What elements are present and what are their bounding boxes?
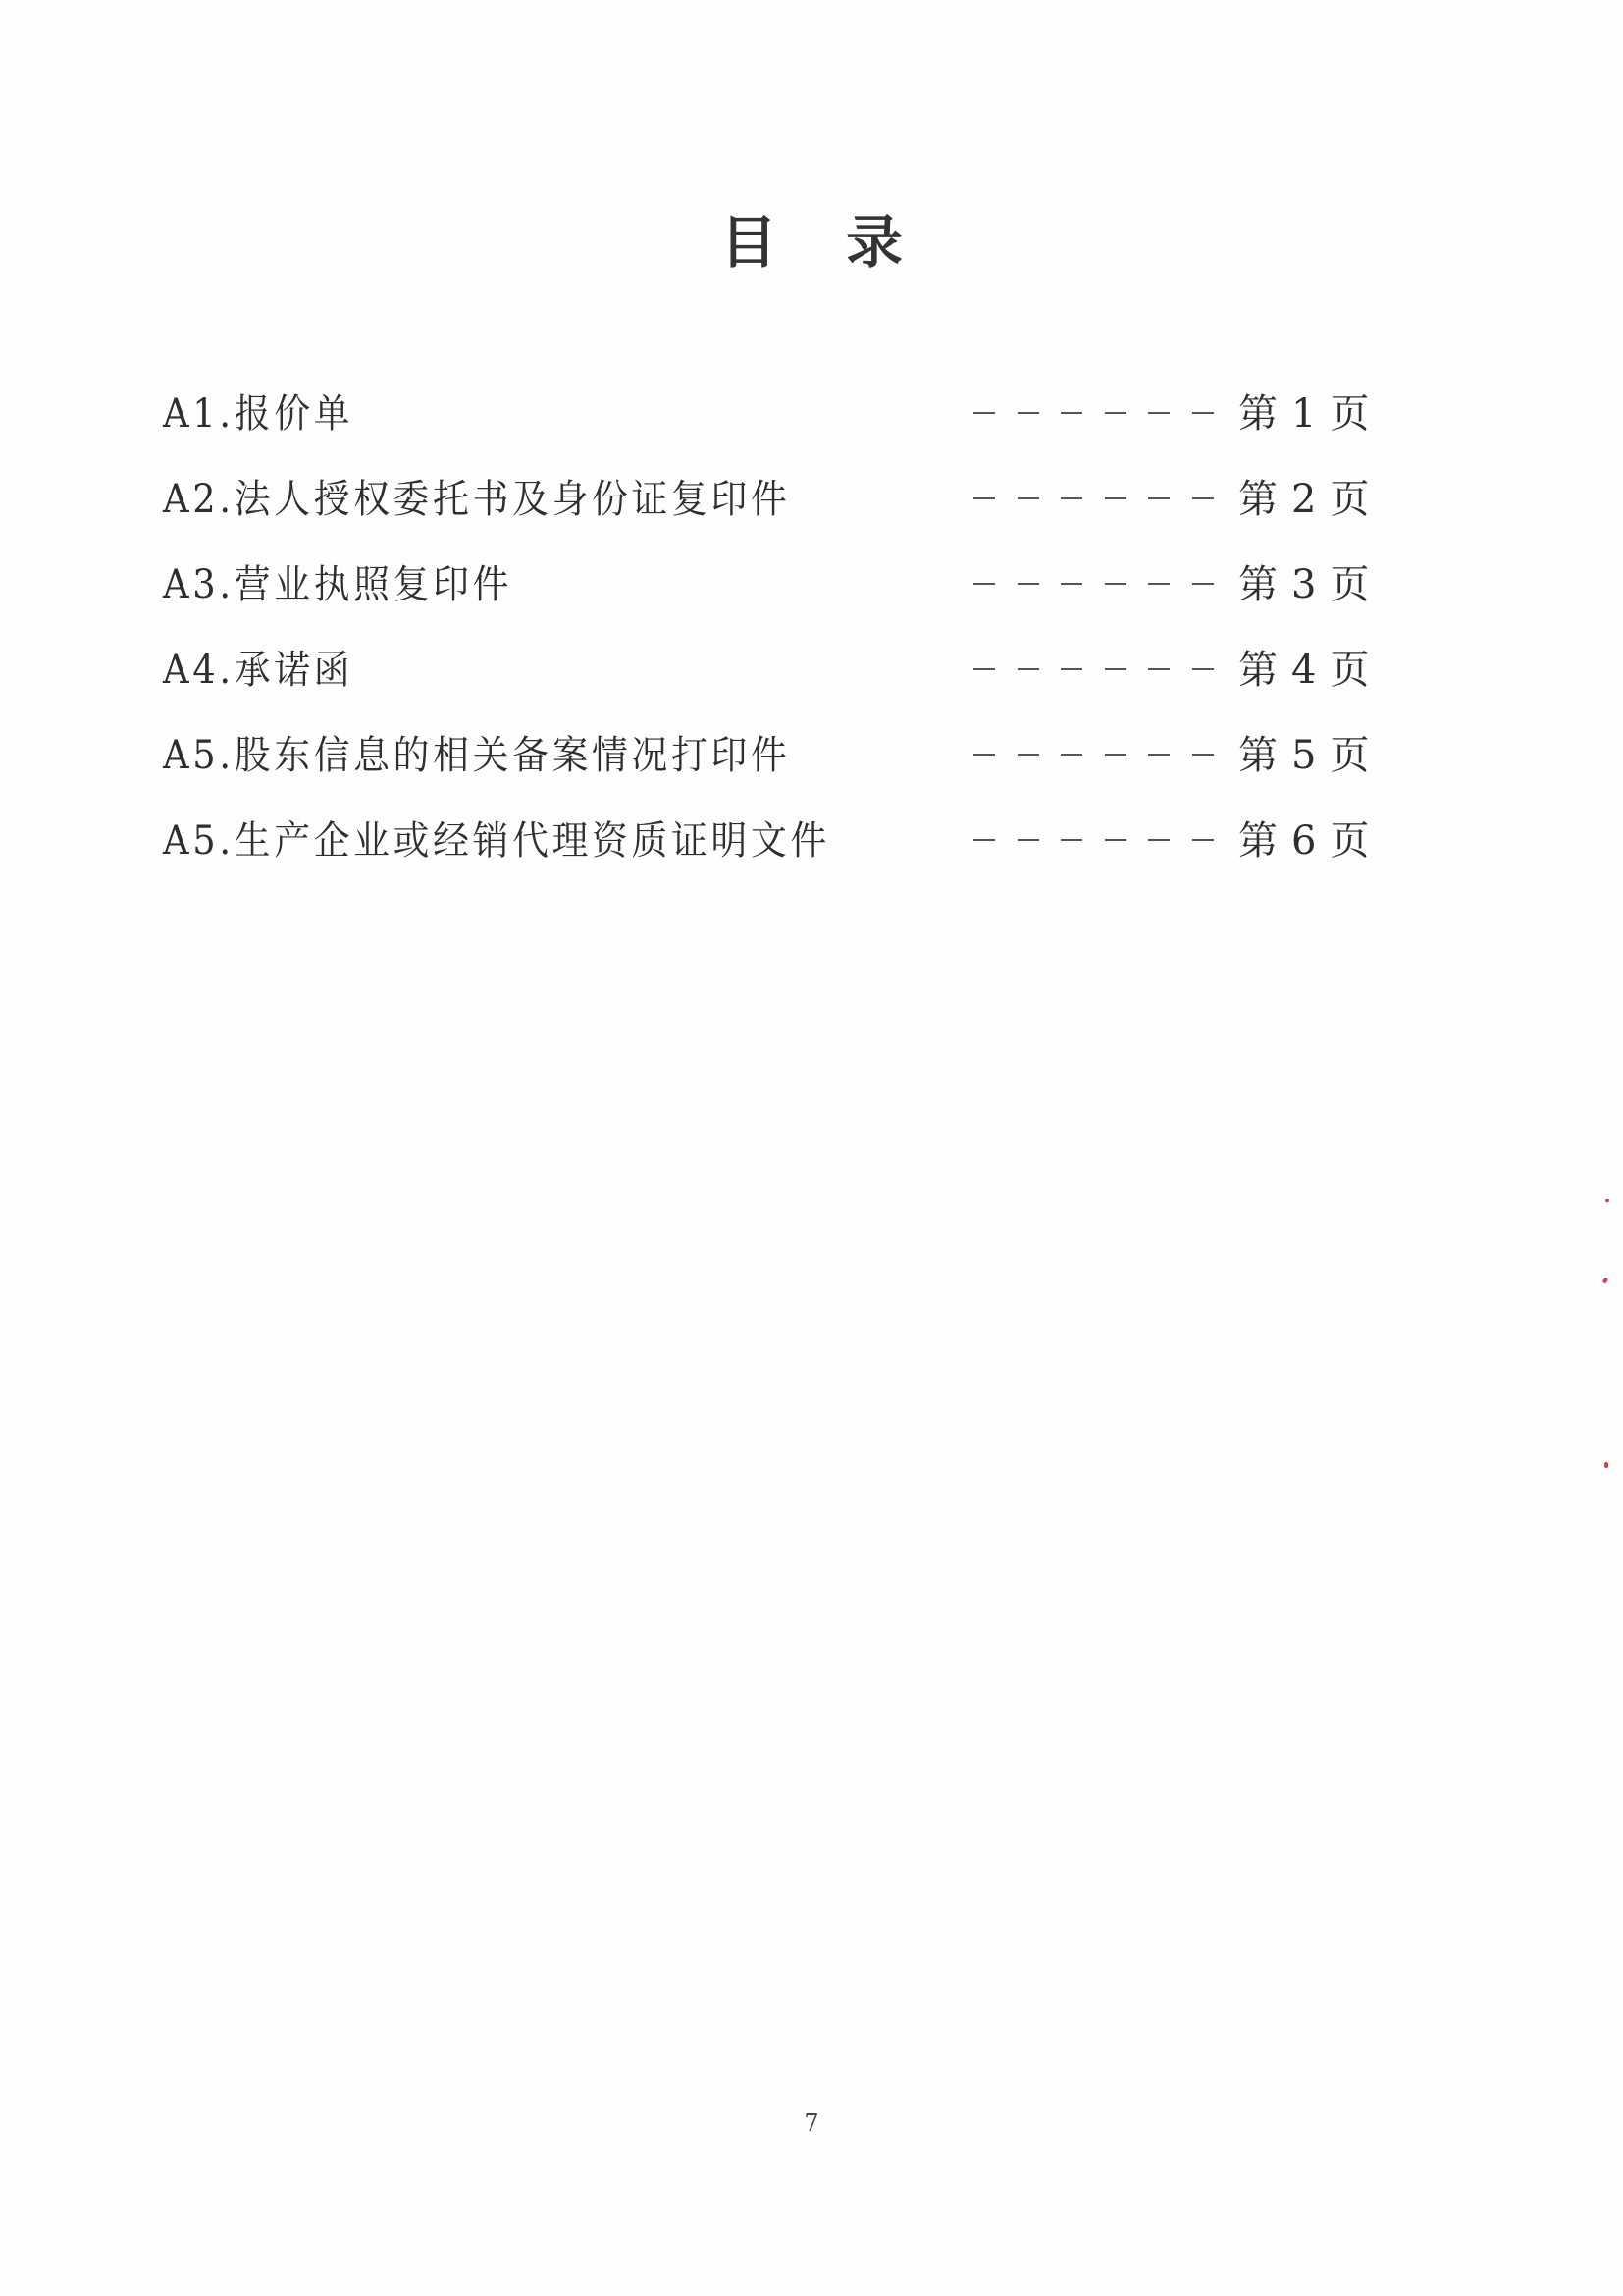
toc-dash-leader (973, 412, 1214, 415)
page-number: 3 (1291, 555, 1316, 614)
page-prefix: 第 (1238, 555, 1278, 614)
toc-entry-label: A5.生产企业或经销代理资质证明文件 (163, 811, 830, 870)
toc-entry-label: A5.股东信息的相关备案情况打印件 (163, 726, 790, 785)
toc-entry[interactable]: A5.生产企业或经销代理资质证明文件 第6页 (0, 811, 1623, 897)
seal-fragment (1605, 1199, 1609, 1202)
toc-entry-page: 第6页 (1238, 811, 1369, 870)
toc-entry-code: A5. (163, 818, 235, 863)
page-suffix: 页 (1330, 470, 1369, 529)
toc-entry-label: A4.承诺函 (163, 641, 353, 700)
toc-entry-title: 营业执照复印件 (235, 562, 512, 607)
toc-dash-leader (973, 668, 1214, 671)
toc-entry[interactable]: A2.法人授权委托书及身份证复印件 第2页 (0, 470, 1623, 555)
page-suffix: 页 (1330, 726, 1369, 785)
page-number-footer: 7 (0, 2110, 1623, 2137)
page-suffix: 页 (1330, 811, 1369, 870)
toc-entry[interactable]: A3.营业执照复印件 第3页 (0, 555, 1623, 641)
toc-dash-leader (973, 497, 1214, 500)
page-suffix: 页 (1330, 555, 1369, 614)
page-number: 6 (1291, 811, 1316, 870)
document-page: 目录 A1.报价单 第1页 A2.法人授权委托书及身份证复印件 第2页 A3.营… (0, 0, 1623, 2296)
toc-entry-code: A5. (163, 733, 235, 778)
toc-entry[interactable]: A5.股东信息的相关备案情况打印件 第5页 (0, 726, 1623, 811)
seal-fragment (1602, 1277, 1609, 1283)
table-of-contents: A1.报价单 第1页 A2.法人授权委托书及身份证复印件 第2页 A3.营业执照… (0, 385, 1623, 897)
toc-dash-leader (973, 839, 1214, 842)
toc-entry-code: A3. (163, 562, 235, 607)
toc-entry-label: A2.法人授权委托书及身份证复印件 (163, 470, 790, 529)
page-number: 2 (1291, 470, 1316, 529)
toc-entry-code: A4. (163, 648, 235, 693)
toc-entry-code: A2. (163, 477, 235, 522)
page-prefix: 第 (1238, 811, 1278, 870)
toc-entry-page: 第2页 (1238, 470, 1369, 529)
page-title: 目录 (0, 208, 1623, 277)
toc-entry-label: A1.报价单 (163, 385, 353, 444)
toc-entry-title: 股东信息的相关备案情况打印件 (235, 733, 791, 778)
page-suffix: 页 (1330, 641, 1369, 700)
title-char-1: 目 (720, 209, 777, 276)
page-number: 4 (1291, 641, 1316, 700)
toc-entry-page: 第5页 (1238, 726, 1369, 785)
page-prefix: 第 (1238, 385, 1278, 444)
toc-dash-leader (973, 583, 1214, 586)
seal-fragment (1604, 1462, 1608, 1468)
page-number: 5 (1291, 726, 1316, 785)
toc-entry-label: A3.营业执照复印件 (163, 555, 512, 614)
toc-entry-page: 第1页 (1238, 385, 1369, 444)
toc-entry-page: 第4页 (1238, 641, 1369, 700)
toc-entry[interactable]: A4.承诺函 第4页 (0, 641, 1623, 726)
toc-entry-title: 法人授权委托书及身份证复印件 (235, 477, 791, 522)
title-char-2: 录 (846, 209, 903, 276)
toc-entry-page: 第3页 (1238, 555, 1369, 614)
page-prefix: 第 (1238, 470, 1278, 529)
toc-entry-title: 生产企业或经销代理资质证明文件 (235, 818, 830, 863)
page-suffix: 页 (1330, 385, 1369, 444)
toc-entry-title: 报价单 (235, 391, 353, 437)
page-prefix: 第 (1238, 641, 1278, 700)
toc-dash-leader (973, 754, 1214, 757)
toc-entry[interactable]: A1.报价单 第1页 (0, 385, 1623, 470)
page-prefix: 第 (1238, 726, 1278, 785)
page-number: 1 (1291, 385, 1316, 444)
toc-entry-code: A1. (163, 391, 235, 437)
toc-entry-title: 承诺函 (235, 648, 353, 693)
